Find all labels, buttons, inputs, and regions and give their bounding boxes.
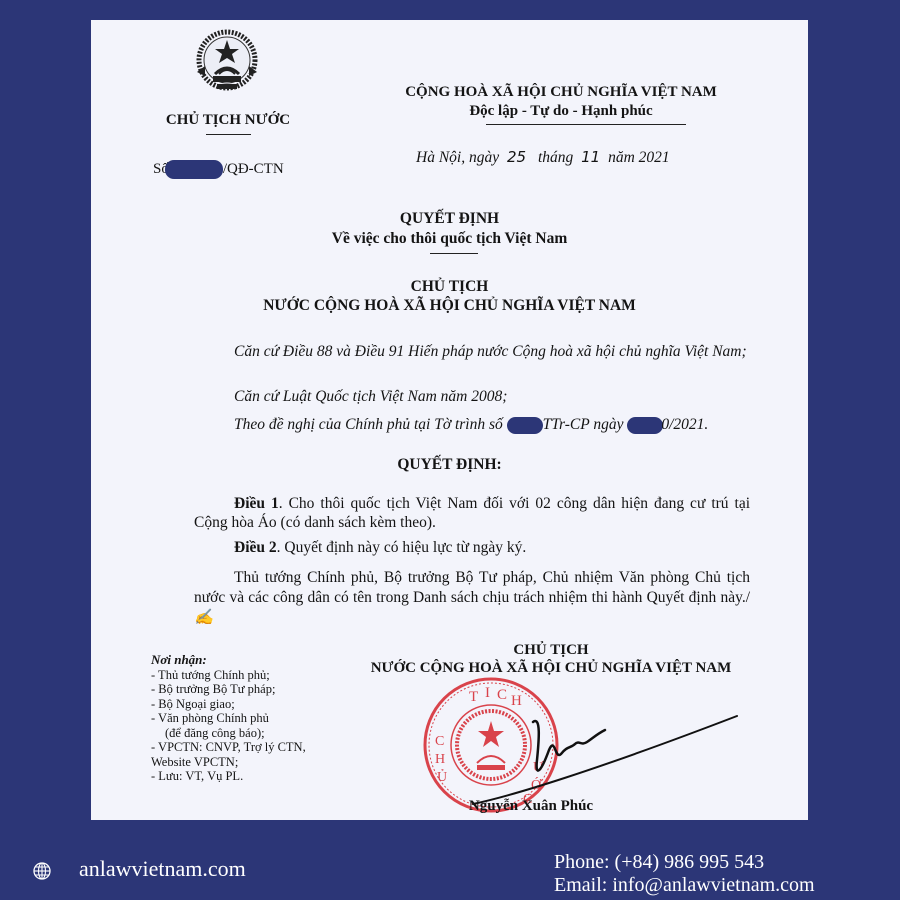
national-emblem-icon xyxy=(191,26,263,98)
date-day: 25 xyxy=(507,148,526,166)
national-title: CỘNG HOÀ XÃ HỘI CHỦ NGHĨA VIỆT NAM xyxy=(361,84,761,101)
svg-text:H: H xyxy=(435,752,445,767)
issuer-label: CHỦ TỊCH NƯỚC xyxy=(143,112,313,129)
recipient-item: - Văn phòng Chính phủ xyxy=(151,711,306,726)
recipient-item: - Bộ trưởng Bộ Tư pháp; xyxy=(151,682,306,697)
decision-title: QUYẾT ĐỊNH xyxy=(91,210,808,228)
article-1-label: Điều 1 xyxy=(234,495,279,512)
document-number: Số/QĐ-CTN xyxy=(153,160,284,179)
recipient-item: - Bộ Ngoại giao; xyxy=(151,697,306,712)
article-1: Điều 1. Cho thôi quốc tịch Việt Nam đối … xyxy=(194,494,750,532)
national-motto: Độc lập - Tự do - Hạnh phúc xyxy=(361,103,761,120)
recipient-item: Website VPCTN; xyxy=(151,755,306,770)
website-link[interactable]: anlawvietnam.com xyxy=(79,856,246,882)
svg-text:C: C xyxy=(435,734,444,749)
number-suffix: /QĐ-CTN xyxy=(223,161,284,177)
issuer-underline xyxy=(206,134,251,135)
article-2: Điều 2. Quyết định này có hiệu lực từ ng… xyxy=(234,539,526,557)
globe-icon xyxy=(33,862,51,885)
decision-document: CHỦ TỊCH NƯỚC Số/QĐ-CTN CỘNG HOÀ XÃ HỘI … xyxy=(91,20,808,820)
subject-underline xyxy=(430,253,478,254)
svg-text:Ủ: Ủ xyxy=(437,768,447,785)
recipient-item: - Thủ tướng Chính phủ; xyxy=(151,668,306,683)
execution-clause: Thủ tướng Chính phủ, Bộ trưởng Bộ Tư phá… xyxy=(194,568,750,628)
legal-basis-1: Căn cứ Điều 88 và Điều 91 Hiến pháp nước… xyxy=(194,342,749,362)
signature-title: CHỦ TỊCH xyxy=(341,642,761,659)
authority-subtitle: NƯỚC CỘNG HOÀ XÃ HỘI CHỦ NGHĨA VIỆT NAM xyxy=(91,297,808,315)
redacted-proposal-date xyxy=(627,417,663,434)
recipient-item: - Lưu: VT, Vụ PL. xyxy=(151,769,306,784)
legal-basis-proposal: Theo đề nghị của Chính phủ tại Tờ trình … xyxy=(234,416,708,434)
recipient-item: - VPCTN: CNVP, Trợ lý CTN, xyxy=(151,740,306,755)
svg-text:I: I xyxy=(485,685,490,701)
redacted-number xyxy=(165,160,223,179)
legal-basis-2: Căn cứ Luật Quốc tịch Việt Nam năm 2008; xyxy=(234,388,507,406)
decides-heading: QUYẾT ĐỊNH: xyxy=(91,456,808,474)
authority-title: CHỦ TỊCH xyxy=(91,278,808,296)
signer-name: Nguyễn Xuân Phúc xyxy=(451,798,611,815)
footer-email-link[interactable]: Email: info@anlawvietnam.com xyxy=(554,874,815,896)
date-month: 11 xyxy=(581,148,600,166)
recipients-block: Nơi nhận: - Thủ tướng Chính phủ; - Bộ tr… xyxy=(151,653,306,784)
motto-underline xyxy=(486,124,686,125)
article-2-label: Điều 2 xyxy=(234,539,277,556)
redacted-proposal-number xyxy=(507,417,543,434)
recipient-item: (để đăng công báo); xyxy=(151,726,306,741)
document-date: Hà Nội, ngày 25 tháng 11 năm 2021 xyxy=(416,148,670,167)
decision-subject: Về việc cho thôi quốc tịch Việt Nam xyxy=(91,230,808,248)
footer-phone: Phone: (+84) 986 995 543 xyxy=(554,851,764,873)
handwritten-signature-icon xyxy=(471,700,741,810)
recipients-heading: Nơi nhận: xyxy=(151,653,306,668)
initial-mark-icon: ✍ xyxy=(194,609,213,626)
